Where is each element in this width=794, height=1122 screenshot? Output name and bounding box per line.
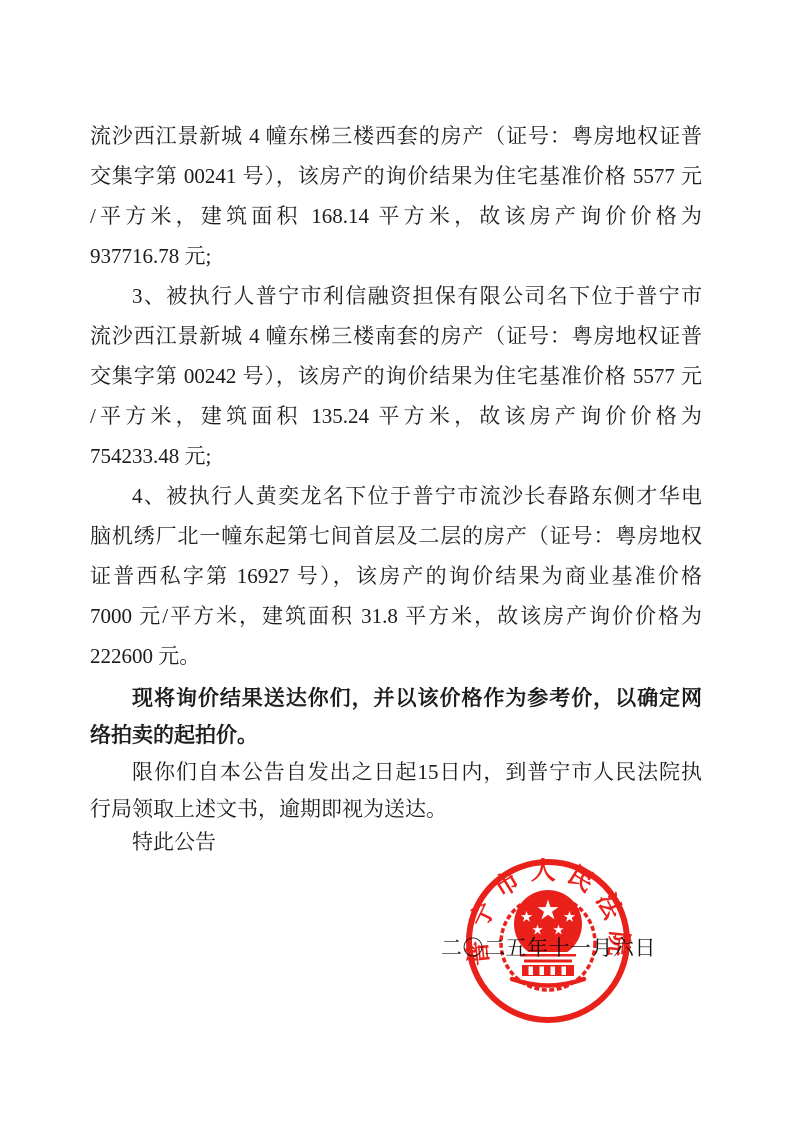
text-line: 流沙西江景新城 4 幢东梯三楼南套的房产（证号：粤房地权证普 — [90, 316, 702, 356]
paragraph-property-4: 4、被执行人黄奕龙名下位于普宁市流沙长春路东侧才华电 脑机绣厂北一幢东起第七间首… — [90, 476, 702, 676]
text-line: 限你们自本公告自发出之日起15日内，到普宁市人民法院执 — [90, 754, 702, 791]
text-line: 证普西私字第 16927 号），该房产的询价结果为商业基准价格 — [90, 556, 702, 596]
text-line: 3、被执行人普宁市利信融资担保有限公司名下位于普宁市 — [90, 276, 702, 316]
text-line: 现将询价结果送达你们，并以该价格作为参考价，以确定网 — [90, 680, 702, 717]
paragraph-result-notice: 现将询价结果送达你们，并以该价格作为参考价，以确定网 络拍卖的起拍价。 — [90, 680, 702, 754]
document-page: 流沙西江景新城 4 幢东梯三楼西套的房产（证号：粤房地权证普 交集字第 0024… — [0, 0, 794, 1122]
paragraph-deadline-notice: 限你们自本公告自发出之日起15日内，到普宁市人民法院执 行局领取上述文书，逾期即… — [90, 754, 702, 828]
text-line: 特此公告 — [90, 824, 702, 861]
text-line: 222600 元。 — [90, 636, 702, 676]
text-line: 络拍卖的起拍价。 — [90, 717, 702, 754]
document-body: 流沙西江景新城 4 幢东梯三楼西套的房产（证号：粤房地权证普 交集字第 0024… — [90, 116, 702, 861]
text-line: 流沙西江景新城 4 幢东梯三楼西套的房产（证号：粤房地权证普 — [90, 116, 702, 156]
text-line: 937716.78 元; — [90, 236, 702, 276]
text-line: 4、被执行人黄奕龙名下位于普宁市流沙长春路东侧才华电 — [90, 476, 702, 516]
text-line: 7000 元/平方米，建筑面积 31.8 平方米，故该房产询价价格为 — [90, 596, 702, 636]
paragraph-closing: 特此公告 — [90, 824, 702, 861]
text-line: 行局领取上述文书，逾期即视为送达。 — [90, 791, 702, 828]
text-line: 脑机绣厂北一幢东起第七间首层及二层的房产（证号：粤房地权 — [90, 516, 702, 556]
text-line: 754233.48 元; — [90, 436, 702, 476]
text-line: 交集字第 00242 号），该房产的询价结果为住宅基准价格 5577 元 — [90, 356, 702, 396]
text-line: /平方米，建筑面积 168.14 平方米，故该房产询价价格为 — [90, 196, 702, 236]
text-line: /平方米，建筑面积 135.24 平方米，故该房产询价价格为 — [90, 396, 702, 436]
paragraph-property-2-continuation: 流沙西江景新城 4 幢东梯三楼西套的房产（证号：粤房地权证普 交集字第 0024… — [90, 116, 702, 276]
official-seal: 普宁市人民法院 — [464, 857, 632, 1025]
paragraph-property-3: 3、被执行人普宁市利信融资担保有限公司名下位于普宁市 流沙西江景新城 4 幢东梯… — [90, 276, 702, 476]
national-emblem-icon — [501, 890, 595, 990]
text-line: 交集字第 00241 号），该房产的询价结果为住宅基准价格 5577 元 — [90, 156, 702, 196]
